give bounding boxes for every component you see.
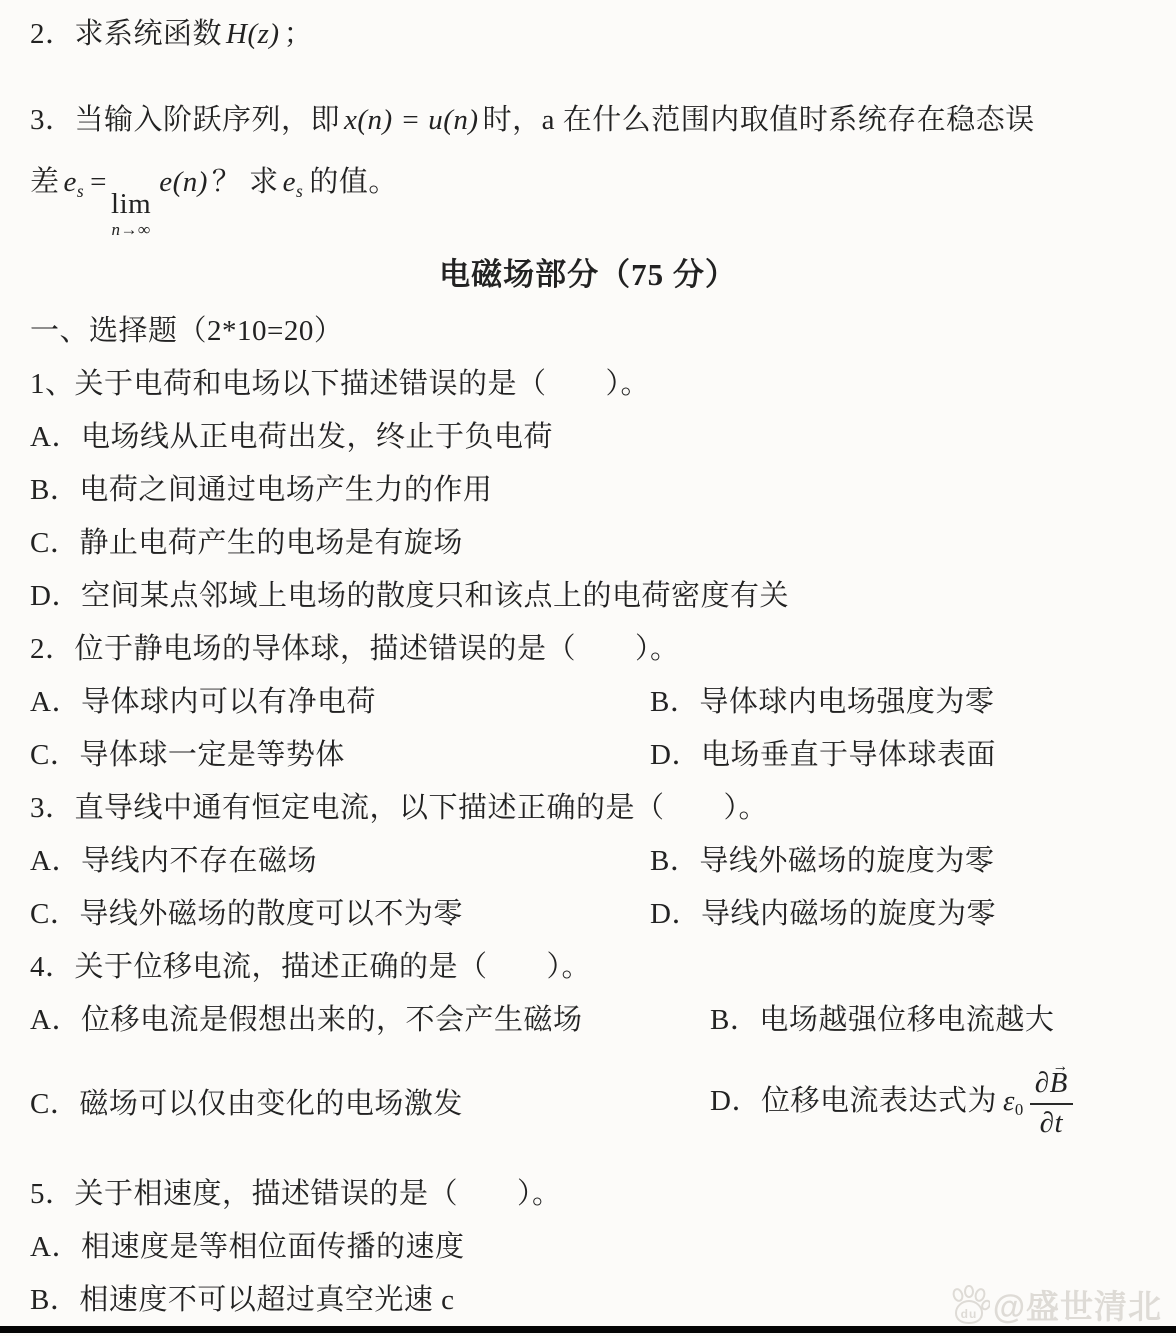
math-xn-un: x(n) = u(n) (340, 104, 483, 136)
preamble-q2-suffix: ； (284, 18, 314, 50)
question-2-option-d: D．电场垂直于导体球表面 (650, 735, 1146, 775)
question-1-option-d: D．空间某点邻域上电场的散度只和该点上的电荷密度有关 (30, 576, 1146, 616)
limit-line-prefix: 差 (30, 166, 60, 198)
preamble-q3-suffix: 时，a 在什么范围内取值时系统存在稳态误 (483, 104, 1035, 136)
question-1-option-a: A．电场线从正电荷出发，终止于负电荷 (30, 417, 1146, 457)
question-3-option-b: B．导线外磁场的旋度为零 (650, 841, 1146, 881)
limit-line-suffix: 的值。 (309, 166, 398, 198)
watermark-text: @盛世清北 (993, 1281, 1162, 1328)
question-2-stem: 2．位于静电场的导体球，描述错误的是（ ）。 (30, 629, 1146, 669)
math-Hz: H(z) (222, 18, 284, 50)
question-4-option-a: A．位移电流是假想出来的，不会产生磁场 (30, 1000, 710, 1040)
preamble-question-2: 2．求系统函数H(z)； (30, 14, 1146, 54)
question-4-options-row-2: C．磁场可以仅由变化的电场激发 D．位移电流表达式为ε0∂→B∂t (30, 1056, 1146, 1152)
question-3-stem: 3．直导线中通有恒定电流，以下描述正确的是（ ）。 (30, 788, 1146, 828)
question-3-option-a: A．导线内不存在磁场 (30, 841, 650, 881)
partial-derivative-fraction: ∂→B∂t (1030, 1067, 1073, 1140)
question-4-option-d: D．位移电流表达式为ε0∂→B∂t (710, 1067, 1146, 1140)
math-es-2: es (279, 166, 310, 198)
question-3-options-row-1: A．导线内不存在磁场 B．导线外磁场的旋度为零 (30, 841, 1146, 881)
section-title: 电磁场部分（75 分） (30, 254, 1146, 296)
question-1-stem: 1、关于电荷和电场以下描述错误的是（ ）。 (30, 364, 1146, 404)
question-5-option-a: A．相速度是等相位面传播的速度 (30, 1227, 1146, 1267)
question-4-option-c: C．磁场可以仅由变化的电场激发 (30, 1084, 710, 1124)
preamble-question-3-line1: 3．当输入阶跃序列，即x(n) = u(n)时，a 在什么范围内取值时系统存在稳… (30, 100, 1146, 140)
limit-expression: limn→∞ (111, 190, 151, 238)
limit-line-mid: ？ 求 (212, 166, 279, 198)
option-d-text: D．位移电流表达式为 (710, 1085, 997, 1117)
question-4-stem: 4．关于位移电流，描述正确的是（ ）。 (30, 947, 1146, 987)
bottom-divider-bar (0, 1326, 1176, 1333)
math-es: es (60, 166, 91, 198)
question-1-option-c: C．静止电荷产生的电场是有旋场 (30, 523, 1146, 563)
vector-arrow: → (1053, 1058, 1069, 1076)
question-2-options-row-2: C．导体球一定是等势体 D．电场垂直于导体球表面 (30, 735, 1146, 775)
preamble-q3-text: 3．当输入阶跃序列，即 (30, 104, 340, 136)
watermark: du @盛世清北 (948, 1281, 1162, 1328)
question-4-option-b: B．电场越强位移电流越大 (710, 1000, 1146, 1040)
question-3-options-row-2: C．导线外磁场的散度可以不为零 D．导线内磁场的旋度为零 (30, 894, 1146, 934)
question-2-option-a: A．导体球内可以有净电荷 (30, 682, 650, 722)
exam-page: 2．求系统函数H(z)； 3．当输入阶跃序列，即x(n) = u(n)时，a 在… (0, 0, 1176, 1336)
question-3-option-d: D．导线内磁场的旋度为零 (650, 894, 1146, 934)
preamble-q2-text: 2．求系统函数 (30, 18, 222, 50)
section-subtitle: 一、选择题（2*10=20） (30, 311, 1146, 351)
equals-sign: = (90, 166, 107, 198)
svg-text:du: du (960, 1307, 977, 1321)
question-5-stem: 5．关于相速度，描述错误的是（ ）。 (30, 1174, 1146, 1214)
math-en: e(n) (155, 166, 212, 198)
question-1-option-b: B．电荷之间通过电场产生力的作用 (30, 470, 1146, 510)
preamble-question-3-line2: 差es=limn→∞e(n)？ 求es的值。 (30, 162, 1146, 238)
question-2-options-row-1: A．导体球内可以有净电荷 B．导体球内电场强度为零 (30, 682, 1146, 722)
baidu-paw-icon: du (948, 1285, 990, 1325)
question-2-option-c: C．导体球一定是等势体 (30, 735, 650, 775)
question-2-option-b: B．导体球内电场强度为零 (650, 682, 1146, 722)
epsilon-symbol: ε0 (997, 1085, 1024, 1117)
question-3-option-c: C．导线外磁场的散度可以不为零 (30, 894, 650, 934)
question-4-options-row-1: A．位移电流是假想出来的，不会产生磁场 B．电场越强位移电流越大 (30, 1000, 1146, 1040)
